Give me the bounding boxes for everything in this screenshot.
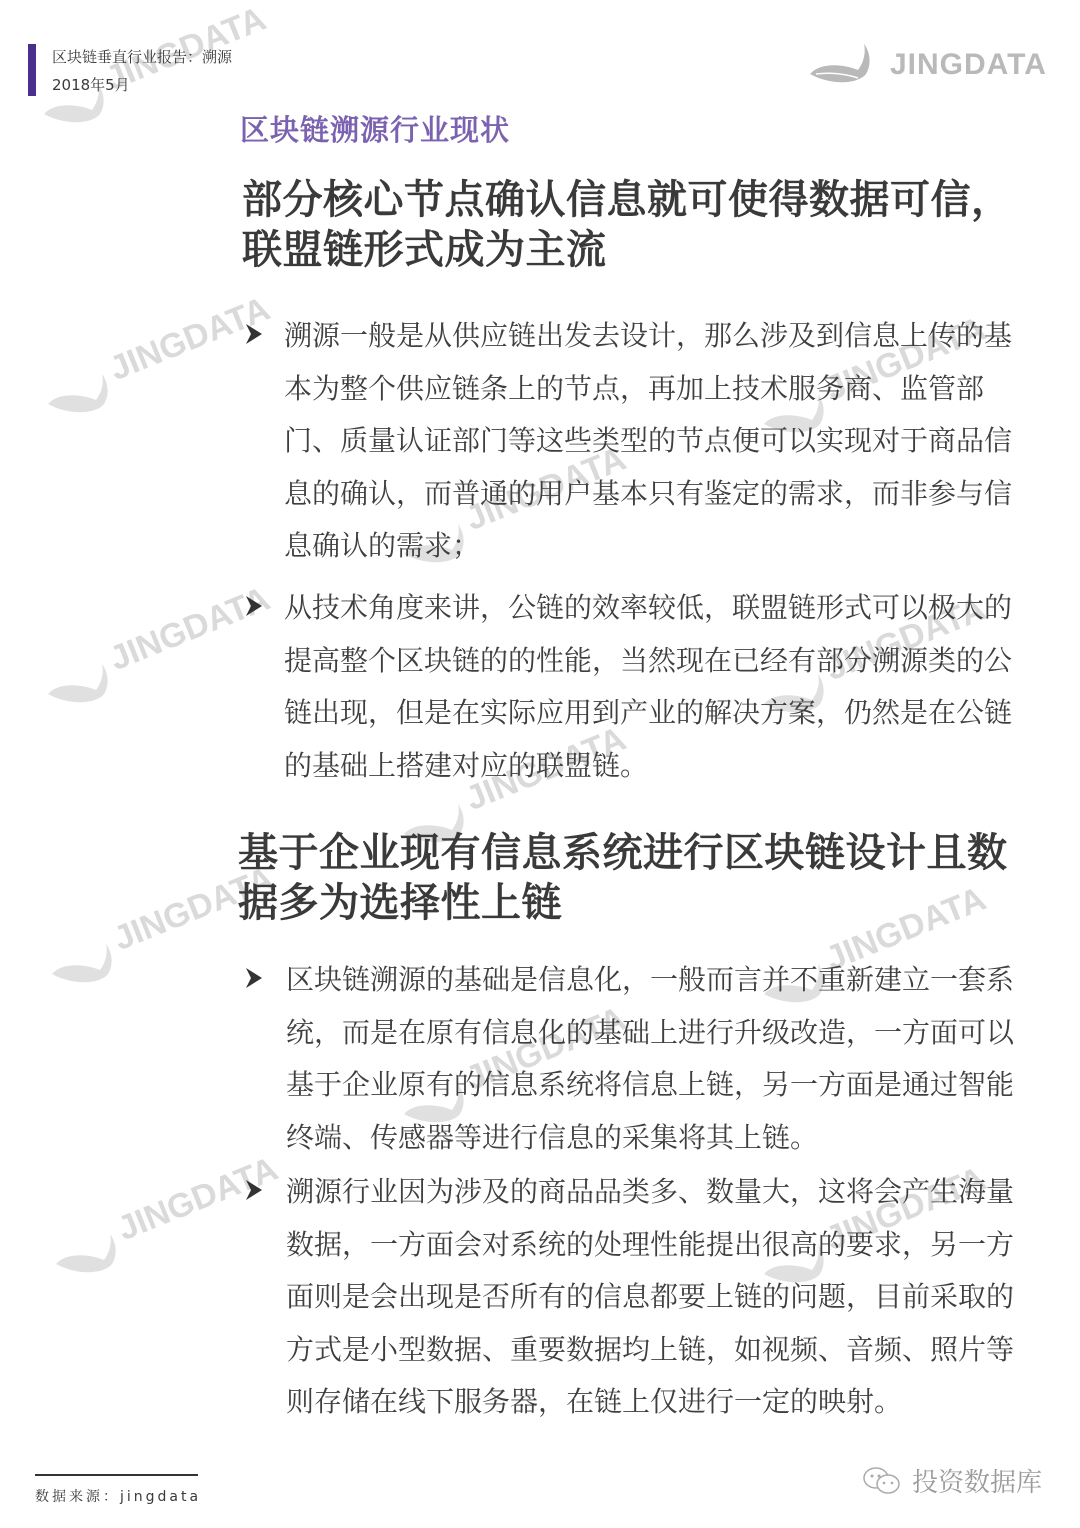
- section-label: 区块链溯源行业现状: [240, 108, 510, 149]
- accent-bar: [28, 44, 36, 96]
- arrow-bullet-icon: [244, 322, 264, 346]
- whale-icon: [806, 40, 876, 90]
- footer-divider: [35, 1474, 198, 1476]
- arrow-bullet-icon: [244, 966, 264, 990]
- data-source: 数据来源：jingdata: [35, 1486, 201, 1506]
- bullet-text: 溯源一般是从供应链出发去设计，那么涉及到信息上传的基本为整个供应链条上的节点，再…: [284, 310, 1029, 573]
- whale-watermark-icon: [52, 1230, 122, 1280]
- report-title: 区块链垂直行业报告：溯源: [52, 46, 232, 67]
- arrow-bullet-icon: [244, 1178, 264, 1202]
- bullet-text: 从技术角度来讲，公链的效率较低，联盟链形式可以极大的提高整个区块链的的性能，当然…: [284, 582, 1029, 792]
- bullet-text: 区块链溯源的基础是信息化，一般而言并不重新建立一套系统，而是在原有信息化的基础上…: [286, 954, 1031, 1164]
- arrow-bullet-icon: [244, 594, 264, 618]
- wechat-icon: [862, 1466, 902, 1496]
- report-date: 2018年5月: [52, 74, 130, 95]
- whale-watermark-icon: [48, 940, 118, 990]
- section-heading: 部分核心节点确认信息就可使得数据可信，联盟链形式成为主流: [242, 175, 1042, 275]
- whale-watermark-icon: [44, 370, 114, 420]
- brand-logo: JINGDATA: [806, 40, 1047, 90]
- brand-name: JINGDATA: [890, 48, 1047, 82]
- bullet-text: 溯源行业因为涉及的商品品类多、数量大，这将会产生海量数据，一方面会对系统的处理性…: [286, 1166, 1031, 1429]
- wechat-account: 投资数据库: [862, 1462, 1042, 1499]
- whale-watermark-icon: [44, 660, 114, 710]
- wechat-account-name: 投资数据库: [912, 1462, 1042, 1499]
- section-heading: 基于企业现有信息系统进行区块链设计且数据多为选择性上链: [238, 828, 1038, 928]
